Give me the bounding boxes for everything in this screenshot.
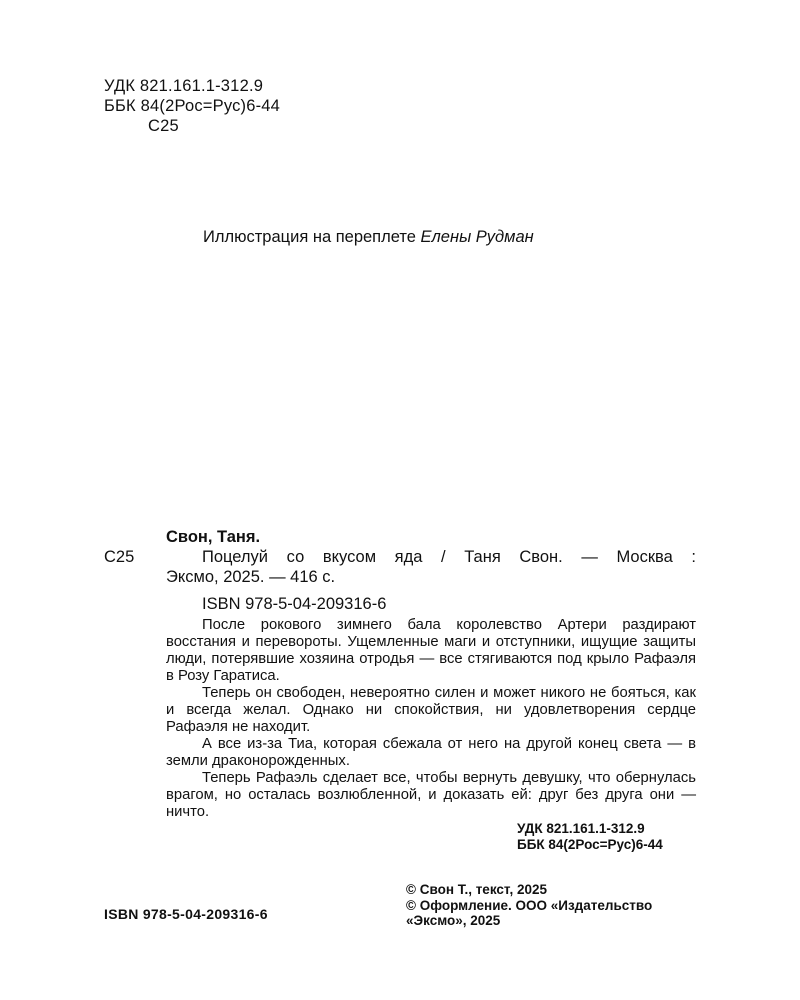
publisher-line: Эксмо, 2025. — 416 с.	[166, 567, 696, 587]
bibliographic-description: Поцелуй со вкусом яда / Таня Свон. — Мос…	[166, 547, 696, 587]
classification-codes-header: УДК 821.161.1-312.9 ББК 84(2Рос=Рус)6-44…	[104, 76, 280, 136]
copyright-text: © Свон Т., текст, 2025	[406, 882, 652, 898]
annotation-paragraph: А все из-за Тиа, которая сбежала от него…	[166, 736, 696, 770]
annotation-paragraph: После рокового зимнего бала королевство …	[166, 617, 696, 685]
catalog-author-mark: С25	[104, 547, 134, 567]
illustration-credit: Иллюстрация на переплете Елены Рудман	[203, 227, 534, 247]
catalog-isbn: ISBN 978-5-04-209316-6	[202, 594, 386, 614]
bbk-code: ББК 84(2Рос=Рус)6-44	[104, 96, 280, 116]
illustration-credit-prefix: Иллюстрация на переплете	[203, 228, 421, 246]
catalog-author: Свон, Таня.	[166, 527, 260, 547]
annotation: После рокового зимнего бала королевство …	[166, 617, 696, 821]
udk-code: УДК 821.161.1-312.9	[104, 76, 280, 96]
footer-udk-code: УДК 821.161.1-312.9	[517, 821, 663, 837]
copyright-block: © Свон Т., текст, 2025 © Оформление. ООО…	[406, 882, 652, 929]
annotation-paragraph: Теперь он свободен, невероятно силен и м…	[166, 685, 696, 736]
footer-bbk-code: ББК 84(2Рос=Рус)6-44	[517, 837, 663, 853]
copyright-design-line-2: «Эксмо», 2025	[406, 913, 652, 929]
footer-isbn: ISBN 978-5-04-209316-6	[104, 906, 268, 922]
author-mark: С25	[104, 116, 280, 136]
classification-codes-footer: УДК 821.161.1-312.9 ББК 84(2Рос=Рус)6-44	[517, 821, 663, 852]
illustrator-name: Елены Рудман	[421, 228, 534, 246]
title-line: Поцелуй со вкусом яда / Таня Свон. — Мос…	[166, 547, 696, 567]
annotation-paragraph: Теперь Рафаэль сделает все, чтобы вернут…	[166, 770, 696, 821]
copyright-design-line-1: © Оформление. ООО «Издательство	[406, 898, 652, 914]
